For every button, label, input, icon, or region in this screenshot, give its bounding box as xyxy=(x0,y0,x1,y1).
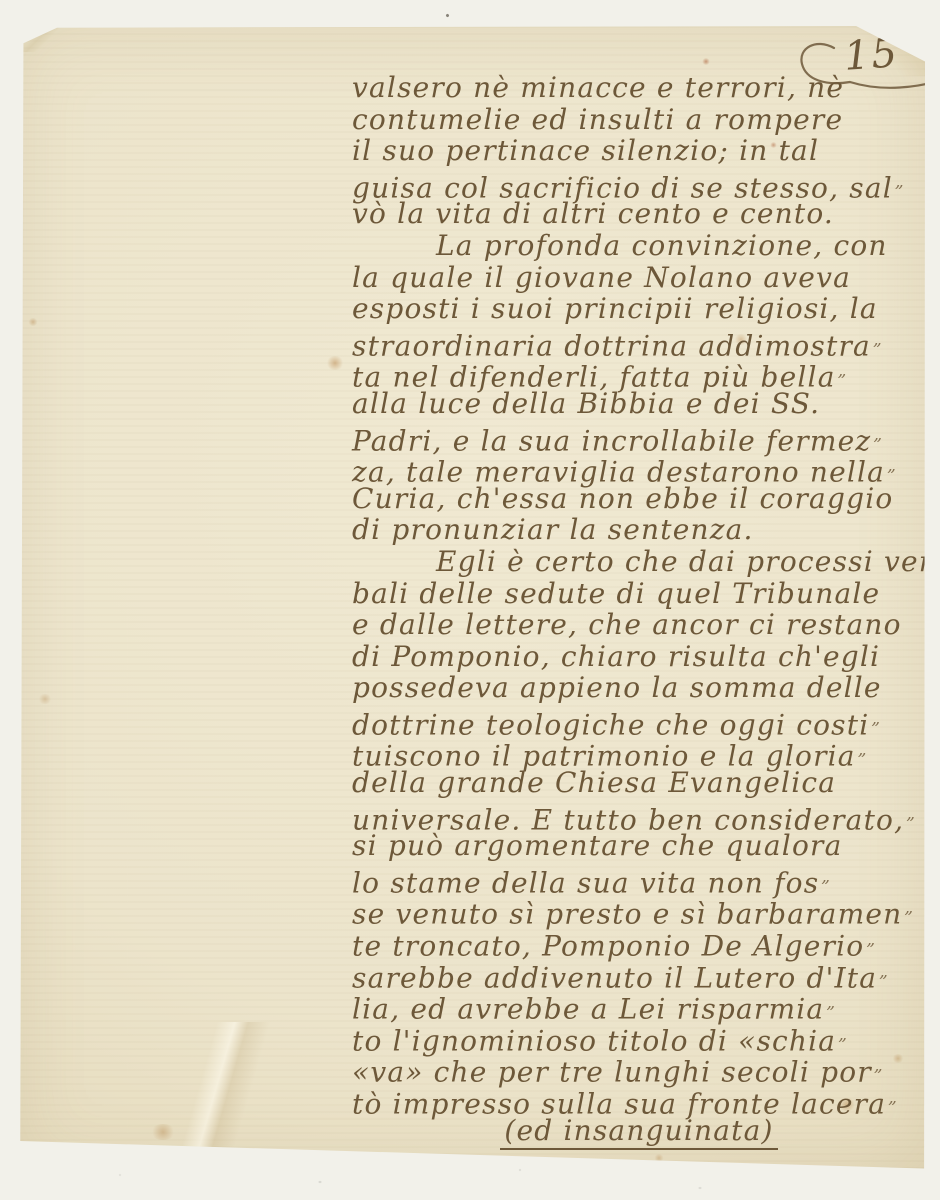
manuscript-line-text: contumelie ed insulti a rompere xyxy=(352,103,843,136)
manuscript-line: alla luce della Bibbia e dei SS. xyxy=(352,388,926,420)
manuscript-line-text: di Pomponio, chiaro risulta ch'egli xyxy=(352,640,880,673)
corner-fold-top-left xyxy=(18,26,66,52)
foxing-stain xyxy=(654,1154,664,1162)
manuscript-line-text: valsero nè minacce e terrori, nè xyxy=(352,71,844,104)
line-continuation-mark: „ xyxy=(895,172,904,192)
manuscript-line-text: di pronunziar la sentenza. xyxy=(352,513,754,546)
manuscript-line-text: La profonda convinzione, con xyxy=(436,229,888,262)
manuscript-line: e dalle lettere, che ancor ci restano xyxy=(352,609,926,641)
manuscript-line: vò la vita di altri cento e cento. xyxy=(352,198,926,230)
manuscript-line: Egli è certo che dai processi ver xyxy=(352,546,926,578)
foxing-stain xyxy=(38,694,52,704)
manuscript-line-text: della grande Chiesa Evangelica xyxy=(352,766,836,799)
manuscript-line: la quale il giovane Nolano aveva xyxy=(352,262,926,294)
manuscript-line: di Pomponio, chiaro risulta ch'egli xyxy=(352,641,926,673)
manuscript-line-text: Curia, ch'essa non ebbe il coraggio xyxy=(352,482,893,515)
line-continuation-mark: „ xyxy=(879,962,888,982)
manuscript-line: tò impresso sulla sua fronte lacera„ xyxy=(352,1083,926,1115)
manuscript-line: tuiscono il patrimonio e la gloria„ xyxy=(352,735,926,767)
manuscript-line: Padri, e la sua incrollabile fermez„ xyxy=(352,420,926,452)
manuscript-line: dottrine teologiche che oggi costi„ xyxy=(352,704,926,736)
manuscript-line-text: bali delle sedute di quel Tribunale xyxy=(352,577,880,610)
scanned-manuscript-photo: 15 valsero nè minacce e terrori, nècontu… xyxy=(0,0,940,1200)
manuscript-line-text: alla luce della Bibbia e dei SS. xyxy=(352,387,820,420)
line-continuation-mark: „ xyxy=(887,456,896,476)
manuscript-line: lia, ed avrebbe a Lei risparmia„ xyxy=(352,988,926,1020)
foxing-stain xyxy=(28,318,38,326)
manuscript-line-text: possedeva appieno la somma delle xyxy=(352,671,882,704)
line-continuation-mark: „ xyxy=(826,993,835,1013)
manuscript-line-text: Egli è certo che dai processi ver xyxy=(436,545,933,578)
manuscript-line: sarebbe addivenuto il Lutero d'Ita„ xyxy=(352,957,926,989)
manuscript-line: di pronunziar la sentenza. xyxy=(352,514,926,546)
manuscript-line: te troncato, Pomponio De Algerio„ xyxy=(352,925,926,957)
manuscript-line-text: (ed insanguinata) xyxy=(500,1114,777,1150)
manuscript-line: to l'ignominioso titolo di «schia„ xyxy=(352,1020,926,1052)
manuscript-lines: valsero nè minacce e terrori, nècontumel… xyxy=(352,72,926,1146)
line-continuation-mark: „ xyxy=(906,804,915,824)
manuscript-line-text: e dalle lettere, che ancor ci restano xyxy=(352,608,902,641)
manuscript-line: za, tale meraviglia destarono nella„ xyxy=(352,451,926,483)
manuscript-line: «va» che per tre lunghi secoli por„ xyxy=(352,1051,926,1083)
manuscript-line: possedeva appieno la somma delle xyxy=(352,672,926,704)
manuscript-line: valsero nè minacce e terrori, nè xyxy=(352,72,926,104)
manuscript-line: esposti i suoi principii religiosi, la xyxy=(352,293,926,325)
foxing-stain xyxy=(150,1124,176,1140)
line-continuation-mark: „ xyxy=(874,1056,883,1076)
line-continuation-mark: „ xyxy=(873,425,882,445)
line-continuation-mark: „ xyxy=(904,898,913,918)
manuscript-line: La profonda convinzione, con xyxy=(352,230,926,262)
manuscript-line: si può argomentare che qualora xyxy=(352,830,926,862)
manuscript-line-text: si può argomentare che qualora xyxy=(352,829,842,862)
manuscript-line: guisa col sacrificio di se stesso, sal„ xyxy=(352,167,926,199)
manuscript-page: 15 valsero nè minacce e terrori, nècontu… xyxy=(18,26,925,1172)
manuscript-line-text: il suo pertinace silenzio; in tal xyxy=(352,134,819,167)
manuscript-line: straordinaria dottrina addimostra„ xyxy=(352,325,926,357)
manuscript-line: ta nel difenderli, fatta più bella„ xyxy=(352,356,926,388)
background-speck xyxy=(445,13,449,17)
manuscript-line-text: la quale il giovane Nolano aveva xyxy=(352,261,851,294)
line-continuation-mark: „ xyxy=(866,930,875,950)
manuscript-line: lo stame della sua vita non fos„ xyxy=(352,862,926,894)
manuscript-line: universale. E tutto ben considerato,„ xyxy=(352,799,926,831)
line-continuation-mark: „ xyxy=(858,740,867,760)
manuscript-line: Curia, ch'essa non ebbe il coraggio xyxy=(352,483,926,515)
line-continuation-mark: „ xyxy=(838,361,847,381)
foxing-stain xyxy=(326,356,344,370)
manuscript-line: bali delle sedute di quel Tribunale xyxy=(352,578,926,610)
line-continuation-mark: „ xyxy=(873,330,882,350)
manuscript-line-text: esposti i suoi principii religiosi, la xyxy=(352,292,878,325)
line-continuation-mark: „ xyxy=(838,1025,847,1045)
manuscript-line: il suo pertinace silenzio; in tal xyxy=(352,135,926,167)
manuscript-line: della grande Chiesa Evangelica xyxy=(352,767,926,799)
line-continuation-mark: „ xyxy=(871,709,880,729)
manuscript-line: (ed insanguinata) xyxy=(352,1115,926,1147)
line-continuation-mark: „ xyxy=(821,867,830,887)
line-continuation-mark: „ xyxy=(888,1088,897,1108)
manuscript-line: se venuto sì presto e sì barbaramen„ xyxy=(352,893,926,925)
foxing-stain xyxy=(702,58,710,65)
manuscript-line: contumelie ed insulti a rompere xyxy=(352,104,926,136)
manuscript-line-text: vò la vita di altri cento e cento. xyxy=(352,197,834,230)
manuscript-text: valsero nè minacce e terrori, nècontumel… xyxy=(352,72,926,1146)
